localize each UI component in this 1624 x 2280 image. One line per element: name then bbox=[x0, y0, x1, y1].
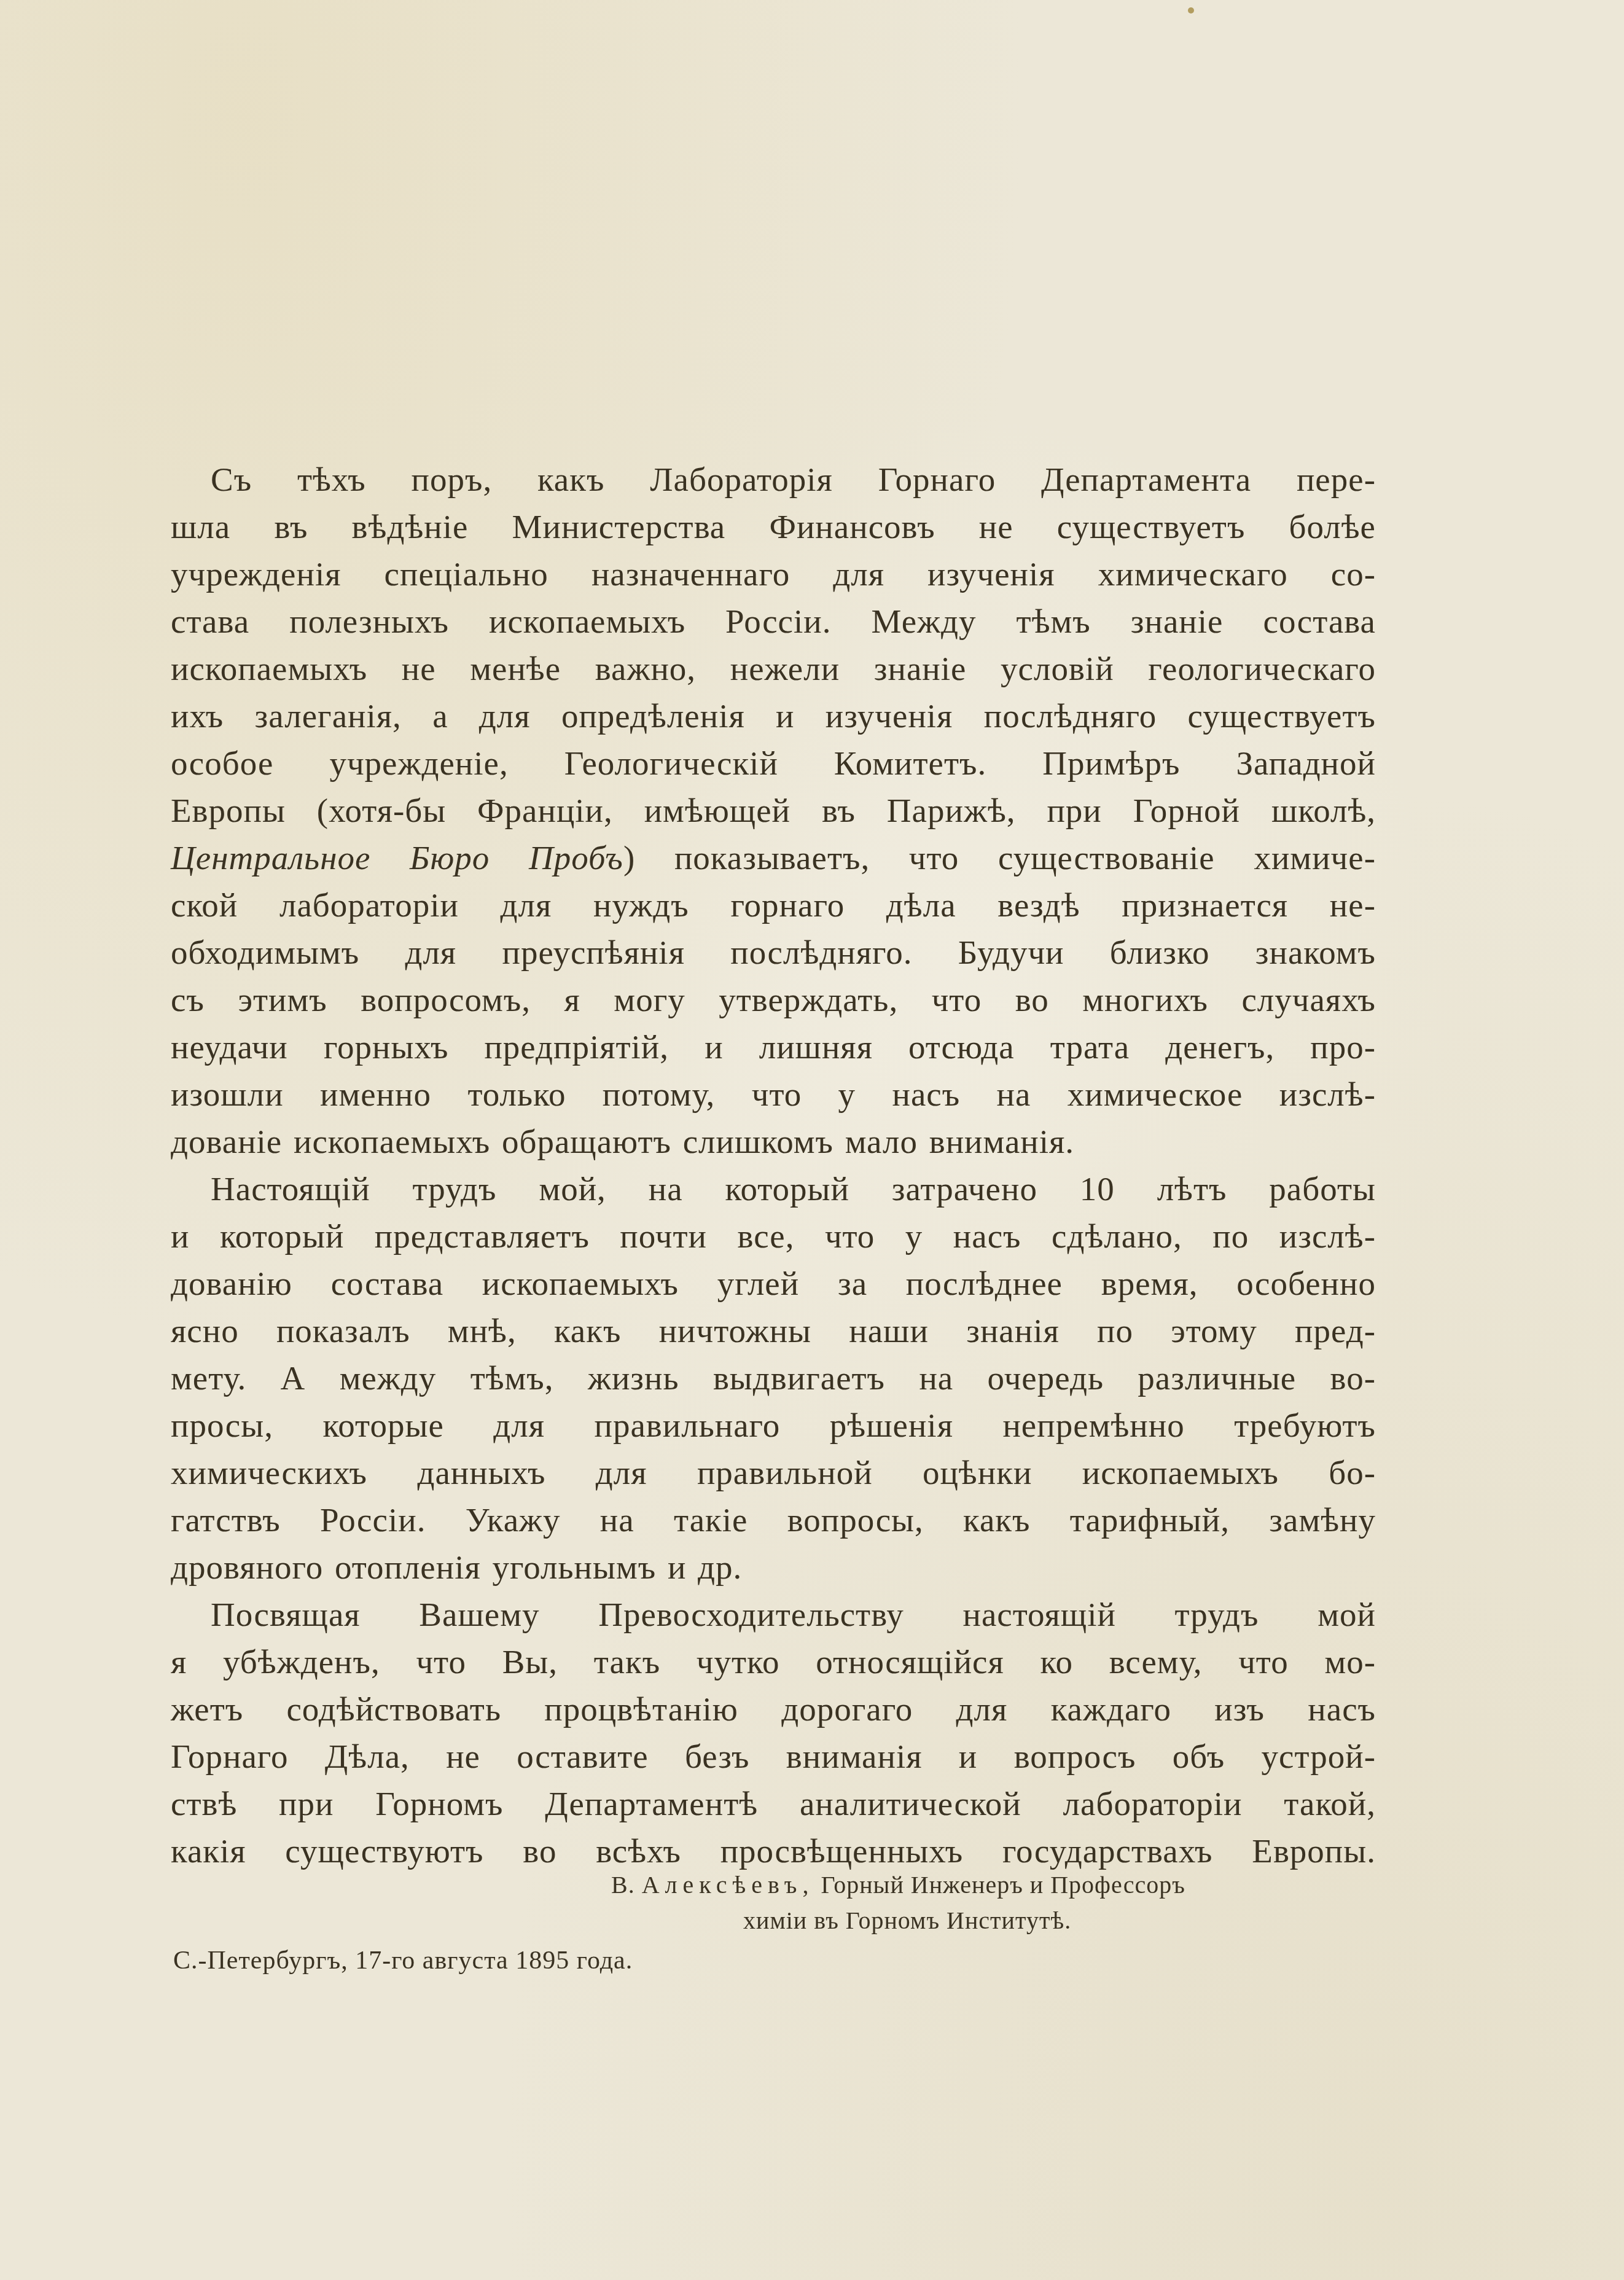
text-line: шла въ вѣдѣніе Министерства Финансовъ не… bbox=[171, 503, 1376, 550]
text-line: жетъ содѣйствовать процвѣтанію дорогаго … bbox=[171, 1685, 1376, 1733]
text-line: просы, которые для правильнаго рѣшенія н… bbox=[171, 1402, 1376, 1449]
signature-line-2: химіи въ Горномъ Институтѣ. bbox=[611, 1903, 1324, 1938]
text-line: обходимымъ для преуспѣянія послѣдняго. Б… bbox=[171, 929, 1376, 976]
text-run: ) показываетъ, что существованіе химиче- bbox=[623, 839, 1376, 876]
author-surname: Алексѣевъ, bbox=[642, 1871, 814, 1899]
text-line: ствѣ при Горномъ Департаментѣ аналитичес… bbox=[171, 1780, 1376, 1827]
text-line: става полезныхъ ископаемыхъ Россіи. Межд… bbox=[171, 598, 1376, 645]
paragraph-2: Настоящій трудъ мой, на который затрачен… bbox=[171, 1165, 1376, 1591]
text-line: Посвящая Вашему Превосходительству насто… bbox=[171, 1591, 1376, 1638]
text-line-with-italic: Центральное Бюро Пробъ) показываетъ, что… bbox=[171, 834, 1376, 881]
text-line: дровяного отопленія угольнымъ и др. bbox=[171, 1544, 1376, 1591]
text-line: неудачи горныхъ предпріятій, и лишняя от… bbox=[171, 1023, 1376, 1071]
text-line: Горнаго Дѣла, не оставите безъ вниманія … bbox=[171, 1733, 1376, 1780]
text-line: дованію состава ископаемыхъ углей за пос… bbox=[171, 1260, 1376, 1307]
text-line: и который представляетъ почти все, что у… bbox=[171, 1212, 1376, 1260]
text-line: Съ тѣхъ поръ, какъ Лабораторія Горнаго Д… bbox=[171, 456, 1376, 503]
text-line: изошли именно только потому, что у насъ … bbox=[171, 1071, 1376, 1118]
signature-line-1: В. Алексѣевъ, Горный Инженеръ и Профессо… bbox=[611, 1867, 1324, 1903]
text-line: учрежденія спеціально назначеннаго для и… bbox=[171, 550, 1376, 598]
text-line: я убѣжденъ, что Вы, такъ чутко относящій… bbox=[171, 1638, 1376, 1685]
text-line: ихъ залеганія, а для опредѣленія и изуче… bbox=[171, 692, 1376, 740]
place-and-date: С.-Петербургъ, 17-го августа 1895 года. bbox=[173, 1943, 633, 1978]
text-line: Европы (хотя-бы Франціи, имѣющей въ Пари… bbox=[171, 787, 1376, 834]
text-line: химическихъ данныхъ для правильной оцѣнк… bbox=[171, 1449, 1376, 1496]
text-line: съ этимъ вопросомъ, я могу утверждать, ч… bbox=[171, 976, 1376, 1023]
text-line: особое учрежденіе, Геологическій Комитет… bbox=[171, 740, 1376, 787]
letter-body: Съ тѣхъ поръ, какъ Лабораторія Горнаго Д… bbox=[171, 456, 1376, 1875]
text-line: гатствъ Россіи. Укажу на такіе вопросы, … bbox=[171, 1496, 1376, 1544]
text-line: ской лабораторіи для нуждъ горнаго дѣла … bbox=[171, 881, 1376, 929]
text-line: дованіе ископаемыхъ обращаютъ слишкомъ м… bbox=[171, 1118, 1376, 1165]
text-line: ясно показалъ мнѣ, какъ ничтожны наши зн… bbox=[171, 1307, 1376, 1354]
paragraph-1: Съ тѣхъ поръ, какъ Лабораторія Горнаго Д… bbox=[171, 456, 1376, 1165]
signature-block: В. Алексѣевъ, Горный Инженеръ и Профессо… bbox=[611, 1867, 1324, 1938]
paper-speck bbox=[1188, 7, 1194, 14]
author-initial: В. bbox=[611, 1871, 635, 1899]
text-line: ископаемыхъ не менѣе важно, нежели знані… bbox=[171, 645, 1376, 692]
text-line: Настоящій трудъ мой, на который затрачен… bbox=[171, 1165, 1376, 1212]
italic-title: Центральное Бюро Пробъ bbox=[171, 839, 623, 876]
text-line: мету. А между тѣмъ, жизнь выдвигаетъ на … bbox=[171, 1354, 1376, 1402]
author-title: Горный Инженеръ и Профессоръ bbox=[821, 1871, 1185, 1899]
paragraph-3: Посвящая Вашему Превосходительству насто… bbox=[171, 1591, 1376, 1875]
